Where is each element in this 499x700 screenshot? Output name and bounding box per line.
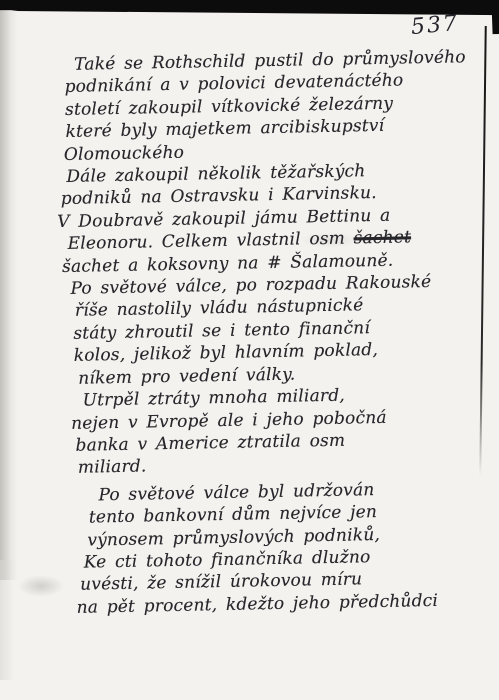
paper-left-edge-shadow-lower [0, 560, 14, 680]
handwritten-text-block: Také se Rothschild pustil do průmyslovéh… [62, 46, 481, 619]
scan-smudge [18, 575, 64, 597]
struck-through-word: šachet [353, 228, 411, 249]
scanned-manuscript-page: 537 Také se Rothschild pustil do průmysl… [0, 0, 499, 700]
page-fold-line [479, 26, 486, 476]
paper-left-edge-shadow [0, 10, 18, 580]
scanner-black-right-edge [491, 0, 499, 34]
page-number: 537 [410, 11, 460, 40]
